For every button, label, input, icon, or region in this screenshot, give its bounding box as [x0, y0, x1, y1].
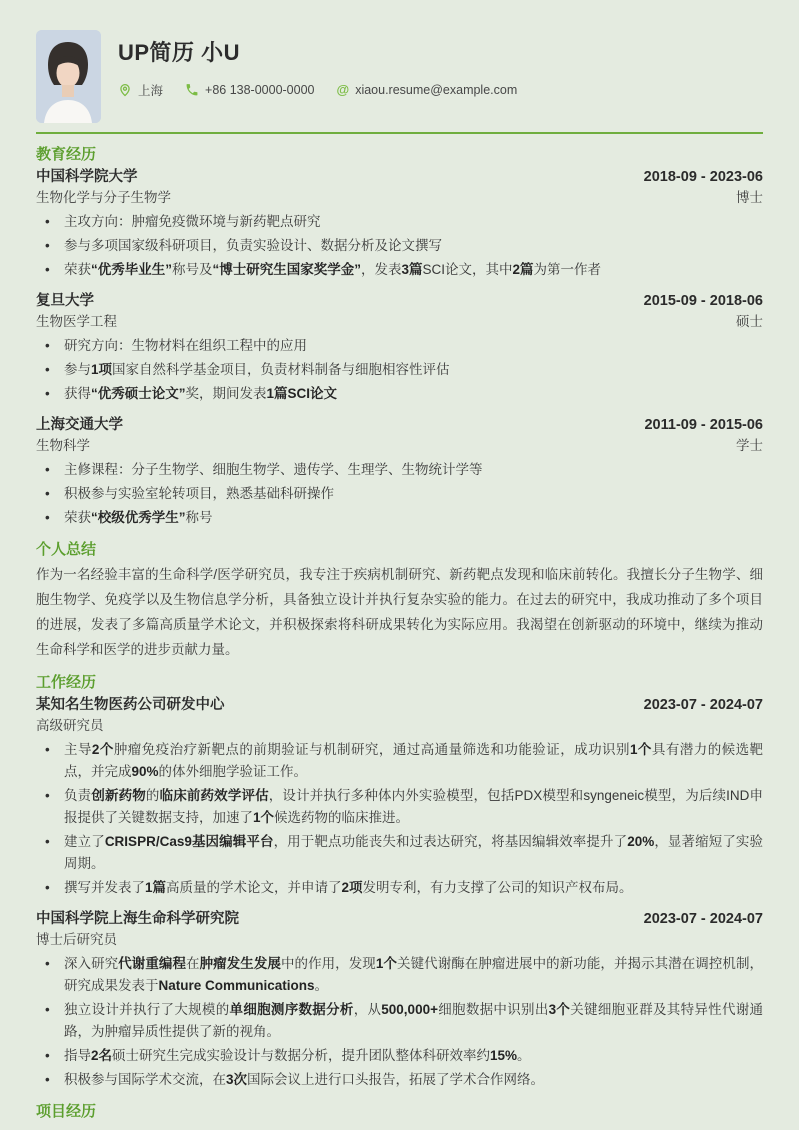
- school-name: 上海交通大学: [36, 415, 123, 435]
- school-name: 复旦大学: [36, 291, 94, 311]
- contact-email-text: xiaou.resume@example.com: [355, 83, 517, 97]
- bullet-item: 积极参与国际学术交流，在3次国际会议上进行口头报告，拓展了学术合作网络。: [36, 1069, 763, 1091]
- bullet-item: 研究方向：生物材料在组织工程中的应用: [36, 335, 763, 357]
- bullet-item: 荣获“校级优秀学生”称号: [36, 507, 763, 529]
- contact-email: @ xiaou.resume@example.com: [337, 83, 518, 97]
- bullet-item: 主攻方向：肿瘤免疫微环境与新药靶点研究: [36, 211, 763, 233]
- bullet-item: 主导2个肿瘤免疫治疗新靶点的前期验证与机制研究，通过高通量筛选和功能验证，成功识…: [36, 739, 763, 783]
- education-item: 复旦大学 2015-09 - 2018-06 生物医学工程 硕士 研究方向：生物…: [36, 291, 763, 405]
- bullet-item: 积极参与实验室轮转项目，熟悉基础科研操作: [36, 483, 763, 505]
- school-name: 中国科学院大学: [36, 167, 138, 187]
- bullet-item: 撰写并发表了1篇高质量的学术论文，并申请了2项发明专利，有力支撑了公司的知识产权…: [36, 877, 763, 899]
- bullet-list: 主攻方向：肿瘤免疫微环境与新药靶点研究 参与多项国家级科研项目，负责实验设计、数…: [36, 211, 763, 281]
- location-pin-icon: [118, 83, 132, 97]
- date-range: 2023-07 - 2024-07: [644, 909, 763, 929]
- company-name: 某知名生物医药公司研发中心: [36, 695, 225, 715]
- degree: 博士: [736, 188, 763, 207]
- resume-page: UP简历 小U 上海: [0, 0, 799, 1130]
- candidate-name: UP简历 小U: [118, 36, 517, 67]
- section-projects: 项目经历: [36, 1102, 763, 1121]
- summary-paragraph: 作为一名经验丰富的生命科学/医学研究员，我专注于疾病机制研究、新药靶点发现和临床…: [36, 562, 763, 662]
- bullet-item: 参与1项国家自然科学基金项目，负责材料制备与细胞相容性评估: [36, 359, 763, 381]
- profile-photo-illustration: [36, 30, 101, 123]
- bullet-list: 主修课程：分子生物学、细胞生物学、遗传学、生理学、生物统计学等 积极参与实验室轮…: [36, 459, 763, 529]
- resume-header: UP简历 小U 上海: [36, 30, 763, 123]
- contact-phone-text: +86 138-0000-0000: [205, 83, 314, 97]
- bullet-item: 荣获“优秀毕业生”称号及“博士研究生国家奖学金”，发表3篇SCI论文，其中2篇为…: [36, 259, 763, 281]
- bullet-item: 独立设计并执行了大规模的单细胞测序数据分析，从500,000+细胞数据中识别出3…: [36, 999, 763, 1043]
- section-work: 工作经历 某知名生物医药公司研发中心 2023-07 - 2024-07 高级研…: [36, 673, 763, 1091]
- phone-icon: [185, 83, 199, 97]
- company-name: 中国科学院上海生命科学研究院: [36, 909, 239, 929]
- section-title-education: 教育经历: [36, 145, 763, 164]
- contact-row: 上海 +86 138-0000-0000 @ xiaou.resume@exam…: [118, 81, 517, 99]
- bullet-list: 深入研究代谢重编程在肿瘤发生发展中的作用，发现1个关键代谢酶在肿瘤进展中的新功能…: [36, 953, 763, 1091]
- section-title-work: 工作经历: [36, 673, 763, 692]
- bullet-list: 主导2个肿瘤免疫治疗新靶点的前期验证与机制研究，通过高通量筛选和功能验证，成功识…: [36, 739, 763, 899]
- job-title: 高级研究员: [36, 716, 104, 735]
- section-title-summary: 个人总结: [36, 540, 763, 559]
- bullet-list: 研究方向：生物材料在组织工程中的应用 参与1项国家自然科学基金项目，负责材料制备…: [36, 335, 763, 405]
- education-item: 中国科学院大学 2018-09 - 2023-06 生物化学与分子生物学 博士 …: [36, 167, 763, 281]
- contact-location: 上海: [118, 81, 163, 99]
- bullet-item: 负责创新药物的临床前药效学评估，设计并执行多种体内外实验模型，包括PDX模型和s…: [36, 785, 763, 829]
- bullet-item: 参与多项国家级科研项目，负责实验设计、数据分析及论文撰写: [36, 235, 763, 257]
- contact-phone: +86 138-0000-0000: [185, 83, 314, 97]
- contact-location-text: 上海: [138, 81, 163, 99]
- degree: 硕士: [736, 312, 763, 331]
- profile-photo: [36, 30, 101, 123]
- date-range: 2018-09 - 2023-06: [644, 167, 763, 187]
- at-sign-icon: @: [337, 83, 350, 97]
- bullet-item: 主修课程：分子生物学、细胞生物学、遗传学、生理学、生物统计学等: [36, 459, 763, 481]
- major: 生物科学: [36, 436, 90, 455]
- section-education: 教育经历 中国科学院大学 2018-09 - 2023-06 生物化学与分子生物…: [36, 145, 763, 529]
- major: 生物化学与分子生物学: [36, 188, 171, 207]
- bullet-item: 指导2名硕士研究生完成实验设计与数据分析，提升团队整体科研效率约15%。: [36, 1045, 763, 1067]
- date-range: 2011-09 - 2015-06: [644, 415, 763, 435]
- degree: 学士: [736, 436, 763, 455]
- bullet-item: 建立了CRISPR/Cas9基因编辑平台，用于靶点功能丧失和过表达研究，将基因编…: [36, 831, 763, 875]
- header-text-block: UP简历 小U 上海: [118, 30, 517, 123]
- bullet-item: 获得“优秀硕士论文”奖，期间发表1篇SCI论文: [36, 383, 763, 405]
- bullet-item: 深入研究代谢重编程在肿瘤发生发展中的作用，发现1个关键代谢酶在肿瘤进展中的新功能…: [36, 953, 763, 997]
- job-title: 博士后研究员: [36, 930, 117, 949]
- work-item: 中国科学院上海生命科学研究院 2023-07 - 2024-07 博士后研究员 …: [36, 909, 763, 1091]
- section-summary: 个人总结 作为一名经验丰富的生命科学/医学研究员，我专注于疾病机制研究、新药靶点…: [36, 540, 763, 662]
- section-title-projects: 项目经历: [36, 1102, 763, 1121]
- date-range: 2015-09 - 2018-06: [644, 291, 763, 311]
- date-range: 2023-07 - 2024-07: [644, 695, 763, 715]
- education-item: 上海交通大学 2011-09 - 2015-06 生物科学 学士 主修课程：分子…: [36, 415, 763, 529]
- header-divider: [36, 132, 763, 134]
- work-item: 某知名生物医药公司研发中心 2023-07 - 2024-07 高级研究员 主导…: [36, 695, 763, 899]
- major: 生物医学工程: [36, 312, 117, 331]
